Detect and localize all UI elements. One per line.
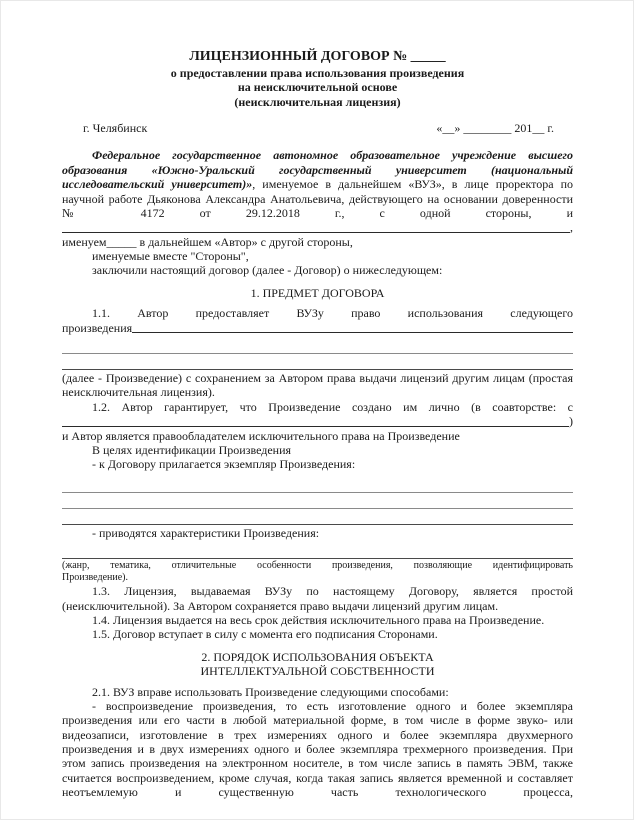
fill-in-blank-line bbox=[62, 426, 569, 427]
clause-1-2-line2: и Автор является правообладателем исключ… bbox=[62, 429, 573, 443]
blank-line-comma: , bbox=[570, 220, 573, 234]
clause-1-4: 1.4. Лицензия выдается на весь срок дейс… bbox=[62, 613, 573, 627]
fill-in-rule bbox=[62, 494, 573, 509]
clause-2-1-body: - воспроизведение произведения, то есть … bbox=[62, 699, 573, 800]
clause-1-1-fill-line: произведения bbox=[62, 321, 573, 335]
conclusion-line: заключили настоящий договор (далее - Дог… bbox=[62, 263, 573, 277]
characteristics-line: - приводятся характеристики Произведения… bbox=[62, 526, 573, 540]
doc-subtitle-2: на неисключительной основе bbox=[62, 80, 573, 94]
clause-1-2-close-paren: ) bbox=[569, 414, 573, 428]
fill-in-rule bbox=[62, 339, 573, 354]
author-designation-line: именуем_____ в дальнейшем «Автор» с друг… bbox=[62, 235, 573, 249]
section2-heading-line1: 2. ПОРЯДОК ИСПОЛЬЗОВАНИЯ ОБЪЕКТА bbox=[62, 650, 573, 664]
fill-in-rule bbox=[62, 510, 573, 525]
contract-document-page: ЛИЦЕНЗИОННЫЙ ДОГОВОР № _____ о предостав… bbox=[0, 0, 634, 820]
clause-1-5: 1.5. Договор вступает в силу с момента е… bbox=[62, 627, 573, 641]
clause-1-1-tail: (далее - Произведение) с сохранением за … bbox=[62, 371, 573, 400]
date-blank: «__» ________ 201__ г. bbox=[436, 121, 554, 135]
genre-note-line2: Произведение). bbox=[62, 572, 573, 584]
clause-1-3: 1.3. Лицензия, выдаваемая ВУЗу по настоя… bbox=[62, 584, 573, 613]
fill-in-blank-line bbox=[132, 332, 573, 333]
clause-1-2-fill-line: ) bbox=[62, 414, 573, 428]
clause-1-1-line1: 1.1. Автор предоставляет ВУЗу право испо… bbox=[62, 306, 573, 320]
section1-heading: 1. ПРЕДМЕТ ДОГОВОРА bbox=[62, 286, 573, 300]
section2-heading-line2: ИНТЕЛЛЕКТУАЛЬНОЙ СОБСТВЕННОСТИ bbox=[62, 664, 573, 678]
dateline-row: г. Челябинск «__» ________ 201__ г. bbox=[62, 121, 573, 135]
fill-in-rule bbox=[62, 355, 573, 370]
preamble-paragraph: Федеральное государственное автономное о… bbox=[62, 148, 573, 220]
genre-note-line1: (жанр, тематика, отличительные особеннос… bbox=[62, 560, 573, 572]
author-name-blank-line: , bbox=[62, 220, 573, 234]
city-label: г. Челябинск bbox=[83, 121, 147, 135]
parties-together-line: именуемые вместе "Стороны", bbox=[62, 249, 573, 263]
fill-in-rule bbox=[62, 478, 573, 493]
identification-line: В целях идентификации Произведения bbox=[62, 443, 573, 457]
fill-in-blank-line bbox=[62, 232, 570, 233]
clause-1-1-word: произведения bbox=[62, 321, 132, 335]
clause-2-1-intro: 2.1. ВУЗ вправе использовать Произведени… bbox=[62, 685, 573, 699]
clause-1-2-line1: 1.2. Автор гарантирует, что Произведение… bbox=[62, 400, 573, 414]
doc-title: ЛИЦЕНЗИОННЫЙ ДОГОВОР № _____ bbox=[62, 49, 573, 66]
attachment-line: - к Договору прилагается экземпляр Произ… bbox=[62, 457, 573, 471]
doc-subtitle-1: о предоставлении права использования про… bbox=[62, 66, 573, 80]
fill-in-rule bbox=[62, 544, 573, 559]
doc-subtitle-3: (неисключительная лицензия) bbox=[62, 95, 573, 109]
